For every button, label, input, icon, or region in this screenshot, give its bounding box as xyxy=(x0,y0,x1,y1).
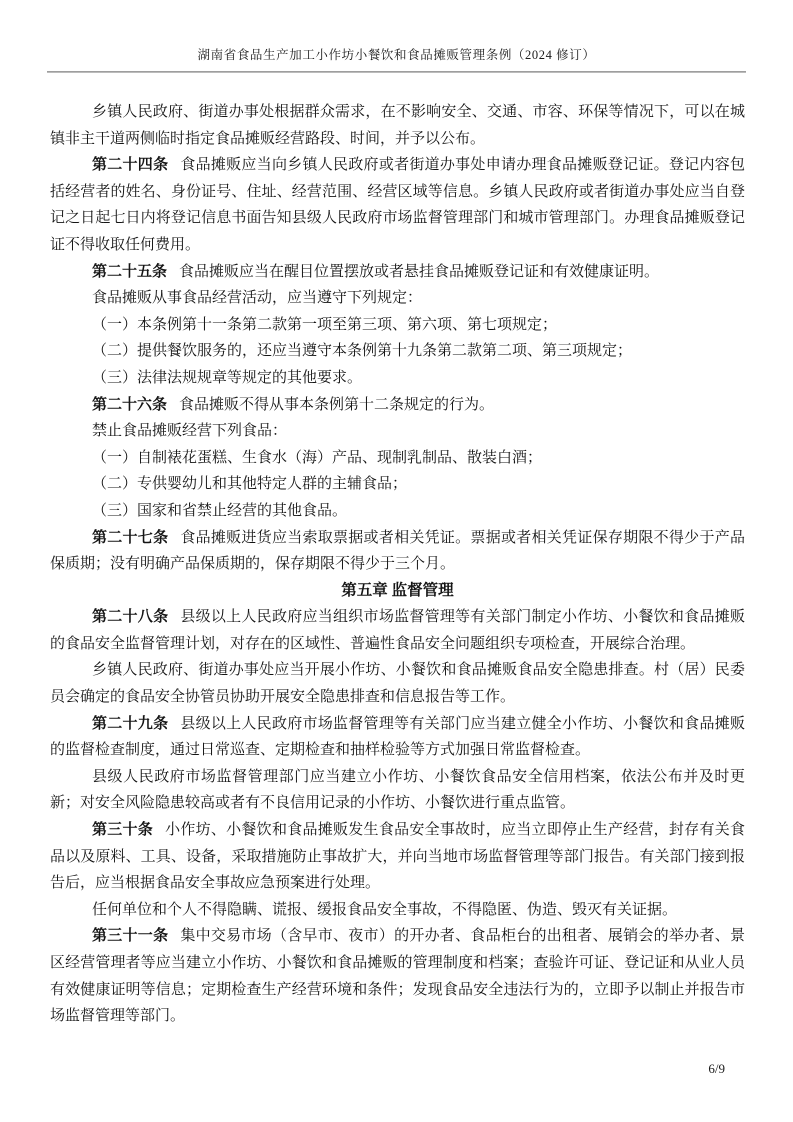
article-paragraph: 任何单位和个人不得隐瞒、谎报、缓报食品安全事故，不得隐匿、伪造、毁灭有关证据。 xyxy=(50,897,745,924)
article-paragraph: （二）专供婴幼儿和其他特定人群的主辅食品； xyxy=(50,471,745,498)
article-paragraph: 第二十八条县级以上人民政府应当组织市场监督管理等有关部门制定小作坊、小餐饮和食品… xyxy=(50,604,745,657)
chapter-heading: 第五章 监督管理 xyxy=(50,578,745,605)
article-number: 第三十一条 xyxy=(92,928,168,944)
article-paragraph: （一）自制裱花蛋糕、生食水（海）产品、现制乳制品、散装白酒； xyxy=(50,445,745,472)
article-paragraph: 食品摊贩从事食品经营活动，应当遵守下列规定： xyxy=(50,285,745,312)
article-paragraph: 第二十四条食品摊贩应当向乡镇人民政府或者街道办事处申请办理食品摊贩登记证。登记内… xyxy=(50,152,745,258)
article-number: 第二十九条 xyxy=(92,716,168,732)
article-number: 第二十八条 xyxy=(92,609,168,625)
article-paragraph: 乡镇人民政府、街道办事处应当开展小作坊、小餐饮和食品摊贩食品安全隐患排查。村（居… xyxy=(50,657,745,710)
article-paragraph: （三）国家和省禁止经营的其他食品。 xyxy=(50,498,745,525)
header-divider xyxy=(47,71,746,73)
article-paragraph: 禁止食品摊贩经营下列食品： xyxy=(50,418,745,445)
article-number: 第二十六条 xyxy=(92,397,167,413)
article-number: 第二十五条 xyxy=(92,264,167,280)
article-paragraph: （一）本条例第十一条第二款第一项至第三项、第六项、第七项规定； xyxy=(50,312,745,339)
article-paragraph: 县级人民政府市场监督管理部门应当建立小作坊、小餐饮食品安全信用档案，依法公布并及… xyxy=(50,764,745,817)
document-body: 乡镇人民政府、街道办事处根据群众需求，在不影响安全、交通、市容、环保等情况下，可… xyxy=(50,99,745,1030)
article-paragraph: 第二十五条食品摊贩应当在醒目位置摆放或者悬挂食品摊贩登记证和有效健康证明。 xyxy=(50,259,745,286)
document-header: 湖南省食品生产加工小作坊小餐饮和食品摊贩管理条例（2024 修订） xyxy=(47,45,746,73)
document-page: 湖南省食品生产加工小作坊小餐饮和食品摊贩管理条例（2024 修订） 乡镇人民政府… xyxy=(0,0,793,1122)
article-paragraph: 乡镇人民政府、街道办事处根据群众需求，在不影响安全、交通、市容、环保等情况下，可… xyxy=(50,99,745,152)
article-paragraph: 第三十条小作坊、小餐饮和食品摊贩发生食品安全事故时，应当立即停止生产经营，封存有… xyxy=(50,817,745,897)
article-paragraph: （三）法律法规规章等规定的其他要求。 xyxy=(50,365,745,392)
page-number: 6/9 xyxy=(708,1061,725,1077)
article-paragraph: 第二十七条食品摊贩进货应当索取票据或者相关凭证。票据或者相关凭证保存期限不得少于… xyxy=(50,525,745,578)
article-paragraph: 第二十九条县级以上人民政府市场监督管理等有关部门应当建立健全小作坊、小餐饮和食品… xyxy=(50,711,745,764)
article-number: 第二十四条 xyxy=(92,157,168,173)
article-number: 第二十七条 xyxy=(92,530,168,546)
document-title: 湖南省食品生产加工小作坊小餐饮和食品摊贩管理条例（2024 修订） xyxy=(47,45,746,71)
article-paragraph: 第二十六条食品摊贩不得从事本条例第十二条规定的行为。 xyxy=(50,392,745,419)
article-paragraph: 第三十一条集中交易市场（含早市、夜市）的开办者、食品柜台的出租者、展销会的举办者… xyxy=(50,923,745,1029)
article-paragraph: （二）提供餐饮服务的，还应当遵守本条例第十九条第二款第二项、第三项规定； xyxy=(50,338,745,365)
article-number: 第三十条 xyxy=(92,822,153,838)
